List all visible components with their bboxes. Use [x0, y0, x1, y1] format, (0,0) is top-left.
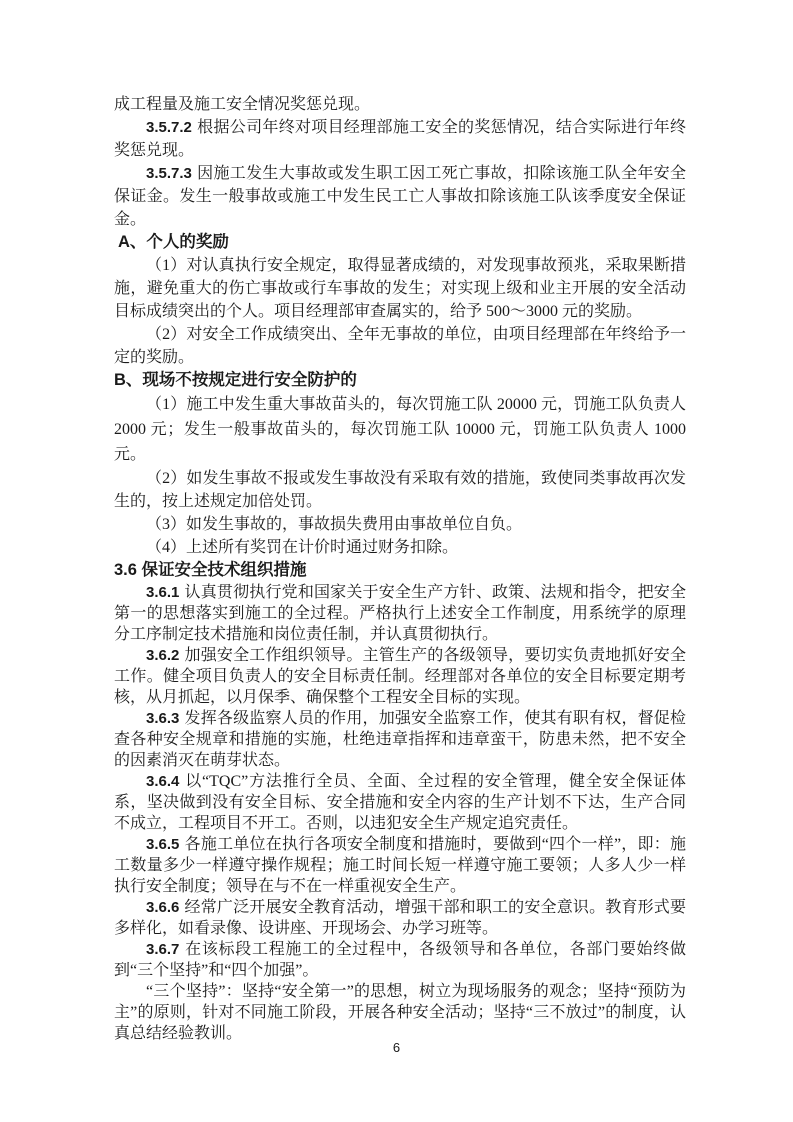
list-item-1: （1）施工中发生重大事故苗头的，每次罚施工队 20000 元，罚施工队负责人 2… — [114, 392, 686, 467]
clause-text: 在该标段工程施工的全过程中，各级领导和各单位，各部门要始终做到“三个坚持”和“四… — [114, 941, 686, 979]
list-item-2: （2）对安全工作成绩突出、全年无事故的单位，由项目经理部在年终给予一定的奖励。 — [114, 323, 686, 369]
list-item-1: （1）对认真执行安全规定，取得显著成绩的，对发现事故预兆，采取果断措施，避免重大… — [114, 254, 686, 323]
list-item-4: （4）上述所有奖罚在计价时通过财务扣除。 — [114, 536, 686, 559]
clause-number: 3.5.7.3 — [146, 165, 192, 182]
list-item-3: （3）如发生事故的，事故损失费用由事故单位自负。 — [114, 513, 686, 536]
paragraph-three-insists: “三个坚持”：坚持“安全第一”的思想，树立为现场服务的观念；坚持“预防为主”的原… — [114, 981, 686, 1044]
clause-number: 3.6.2 — [146, 647, 179, 664]
clause-number: 3.6.3 — [146, 710, 179, 727]
clause-text: 各施工单位在执行各项安全制度和措施时，要做到“四个一样”，即：施工数量多少一样遵… — [114, 836, 686, 895]
section-3-6-body: 3.6.1认真贯彻执行党和国家关于安全生产方针、政策、法规和指令，把安全第一的思… — [114, 582, 686, 1044]
clause-text: 因施工发生大事故或发生职工因工死亡事故，扣除该施工队全年安全保证金。发生一般事故… — [114, 165, 686, 228]
document-body: 成工程量及施工安全情况奖惩兑现。 3.5.7.2根据公司年终对项目经理部施工安全… — [114, 93, 686, 1044]
clause-text: 加强安全工作组织领导。主管生产的各级领导，要切实负责地抓好安全工作。健全项目负责… — [114, 647, 686, 706]
document-page: 成工程量及施工安全情况奖惩兑现。 3.5.7.2根据公司年终对项目经理部施工安全… — [0, 0, 793, 1122]
section-heading-3-6: 3.6 保证安全技术组织措施 — [114, 559, 686, 582]
clause-3-6-1: 3.6.1认真贯彻执行党和国家关于安全生产方针、政策、法规和指令，把安全第一的思… — [114, 582, 686, 645]
section-heading-b: B、现场不按规定进行安全防护的 — [114, 369, 686, 392]
clause-3-6-5: 3.6.5各施工单位在执行各项安全制度和措施时，要做到“四个一样”，即：施工数量… — [114, 834, 686, 897]
clause-text: 认真贯彻执行党和国家关于安全生产方针、政策、法规和指令，把安全第一的思想落实到施… — [114, 584, 686, 643]
paragraph-continuation: 成工程量及施工安全情况奖惩兑现。 — [114, 93, 686, 116]
clause-number: 3.6.4 — [146, 773, 179, 790]
clause-number: 3.6.5 — [146, 836, 179, 853]
clause-3-6-4: 3.6.4以“TQC”方法推行全员、全面、全过程的安全管理，健全安全保证体系，坚… — [114, 771, 686, 834]
clause-3-6-7: 3.6.7在该标段工程施工的全过程中，各级领导和各单位，各部门要始终做到“三个坚… — [114, 939, 686, 981]
clause-text: 以“TQC”方法推行全员、全面、全过程的安全管理，健全安全保证体系，坚决做到没有… — [114, 773, 686, 832]
clause-3-6-3: 3.6.3发挥各级监察人员的作用，加强安全监察工作，使其有职有权，督促检查各种安… — [114, 708, 686, 771]
clause-3-6-6: 3.6.6经常广泛开展安全教育活动，增强干部和职工的安全意识。教育形式要多样化，… — [114, 897, 686, 939]
clause-number: 3.5.7.2 — [146, 119, 192, 136]
clause-number: 3.6.1 — [146, 584, 179, 601]
clause-3-6-2: 3.6.2加强安全工作组织领导。主管生产的各级领导，要切实负责地抓好安全工作。健… — [114, 645, 686, 708]
list-item-2: （2）如发生事故不报或发生事故没有采取有效的措施，致使同类事故再次发生的，按上述… — [114, 467, 686, 513]
clause-3-5-7-3: 3.5.7.3因施工发生大事故或发生职工因工死亡事故，扣除该施工队全年安全保证金… — [114, 162, 686, 231]
clause-text: 发挥各级监察人员的作用，加强安全监察工作，使其有职有权，督促检查各种安全规章和措… — [114, 710, 686, 769]
clause-number: 3.6.6 — [146, 899, 179, 916]
clause-text: 根据公司年终对项目经理部施工安全的奖惩情况，结合实际进行年终奖惩兑现。 — [114, 119, 686, 159]
clause-text: 经常广泛开展安全教育活动，增强干部和职工的安全意识。教育形式要多样化，如看录像、… — [114, 899, 686, 937]
clause-3-5-7-2: 3.5.7.2根据公司年终对项目经理部施工安全的奖惩情况，结合实际进行年终奖惩兑… — [114, 116, 686, 162]
clause-number: 3.6.7 — [146, 941, 179, 958]
page-number: 6 — [0, 1040, 793, 1055]
section-heading-a: A、个人的奖励 — [114, 231, 686, 254]
